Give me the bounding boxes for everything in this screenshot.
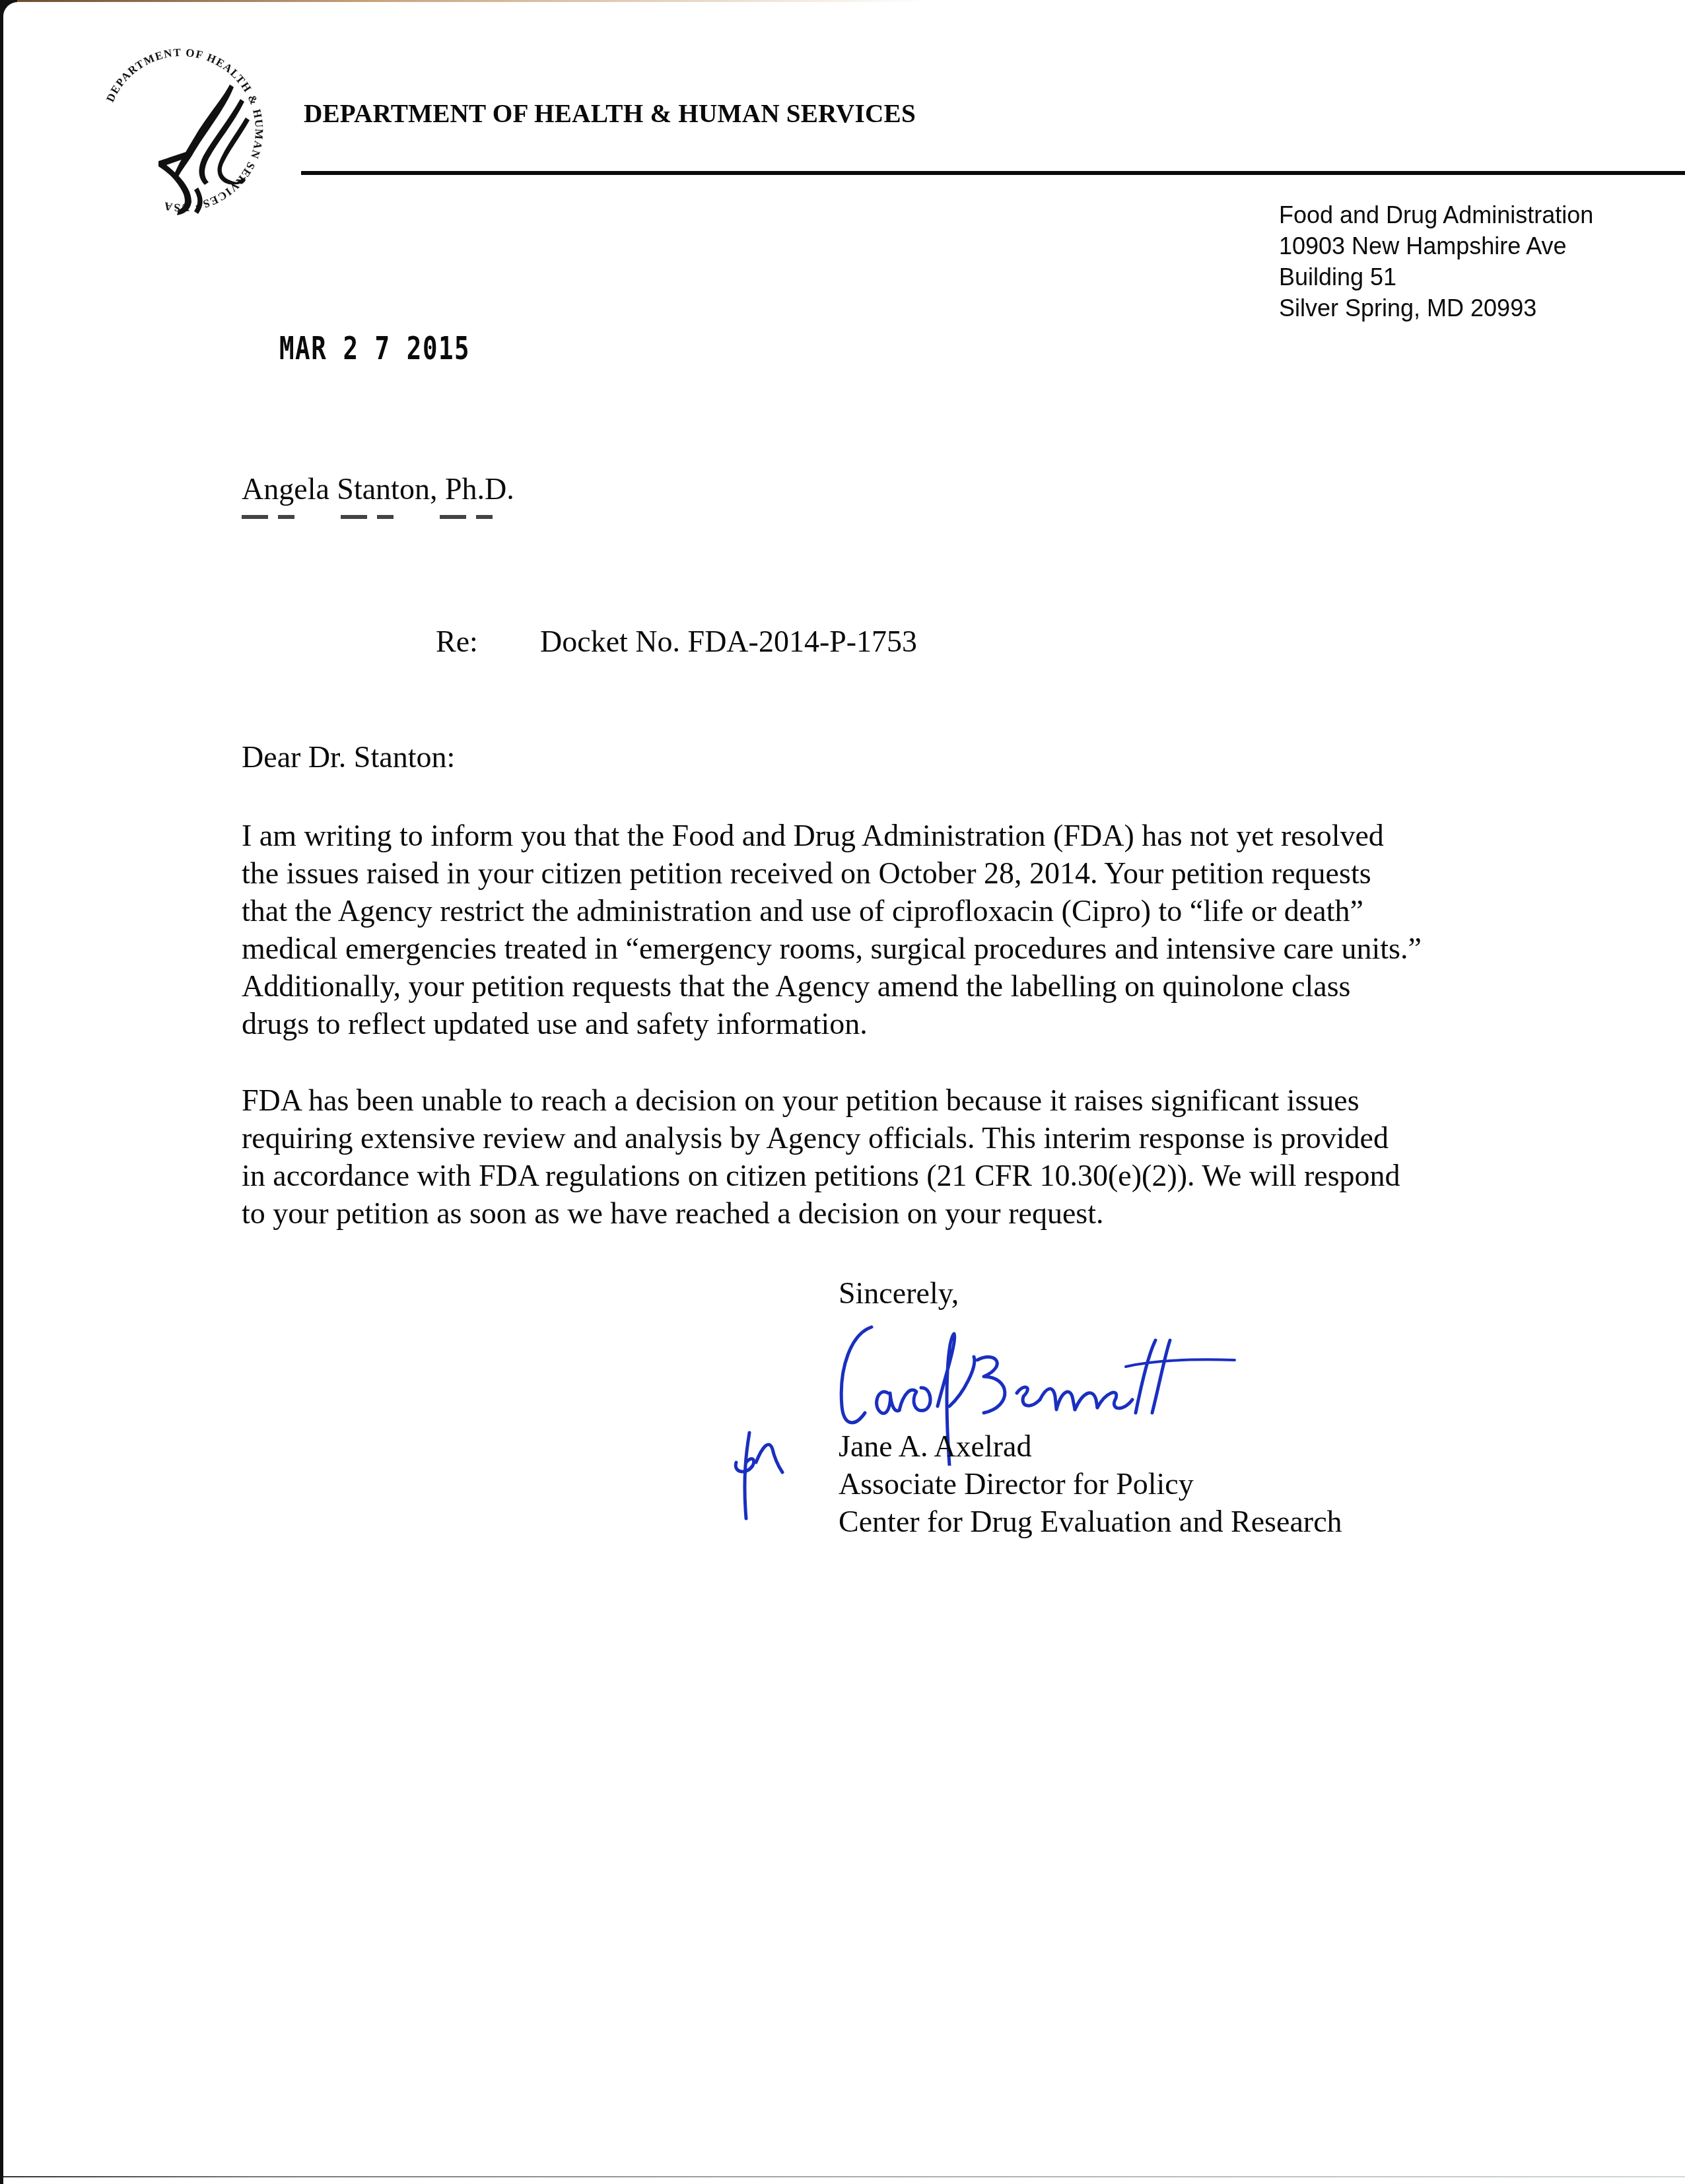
body-paragraph-1: I am writing to inform you that the Food… [242,817,1422,1042]
header-rule [301,171,1685,175]
docket-number: Docket No. FDA-2014-P-1753 [540,623,917,660]
address-line: 10903 New Hampshire Ave [1279,230,1593,261]
text-line: to your petition as soon as we have reac… [242,1194,1400,1232]
signer-title: Associate Director for Policy [839,1465,1342,1503]
signer-organization: Center for Drug Evaluation and Research [839,1503,1342,1540]
scan-border-bottom [3,2176,1685,2177]
date-stamp: MAR 2 7 2015 [279,330,470,367]
scan-border-left [0,0,3,2184]
text-line: requiring extensive review and analysis … [242,1119,1400,1157]
text-line: medical emergencies treated in “emergenc… [242,930,1422,967]
text-line: that the Agency restrict the administrat… [242,892,1422,930]
text-line: in accordance with FDA regulations on ci… [242,1157,1400,1194]
department-title: DEPARTMENT OF HEALTH & HUMAN SERVICES [304,98,916,129]
address-line: Food and Drug Administration [1279,199,1593,230]
handwritten-for-mark [726,1426,786,1525]
text-line: drugs to reflect updated use and safety … [242,1005,1422,1042]
signer-name: Jane A. Axelrad [839,1427,1342,1465]
closing: Sincerely, [839,1274,959,1312]
hhs-seal-icon: DEPARTMENT OF HEALTH & HUMAN SERVICES · … [92,41,271,219]
address-line: Silver Spring, MD 20993 [1279,292,1593,324]
text-line: the issues raised in your citizen petiti… [242,854,1422,892]
text-line: FDA has been unable to reach a decision … [242,1081,1400,1119]
salutation: Dear Dr. Stanton: [242,738,455,776]
text-line: Additionally, your petition requests tha… [242,967,1422,1005]
address-line: Building 51 [1279,261,1593,292]
sender-address: Food and Drug Administration 10903 New H… [1279,199,1593,324]
text-line: I am writing to inform you that the Food… [242,817,1422,854]
signer-block: Jane A. Axelrad Associate Director for P… [839,1427,1342,1540]
scan-border-top [3,0,928,2]
reference-label: Re: [436,623,478,660]
body-paragraph-2: FDA has been unable to reach a decision … [242,1081,1400,1232]
recipient-address-redacted [242,515,526,519]
scan-corner [0,0,17,17]
recipient-name: Angela Stanton, Ph.D. [242,470,514,508]
